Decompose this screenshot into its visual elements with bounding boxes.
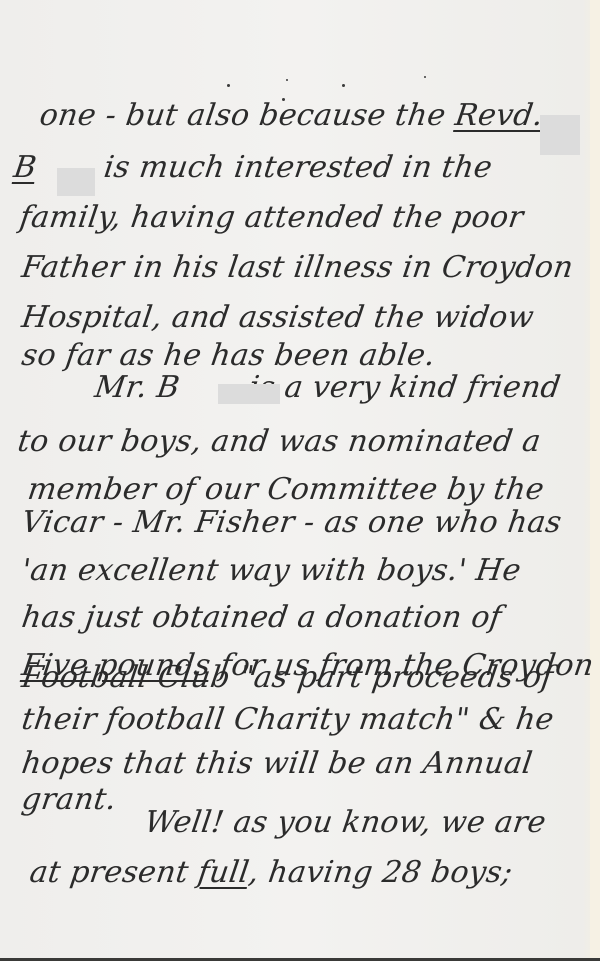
letter-line: 'an excellent way with boys.' He xyxy=(20,553,524,588)
initial: B xyxy=(12,150,39,185)
paper-speck xyxy=(227,84,230,87)
line-text: at present xyxy=(28,855,201,890)
line-text: their football Charity match" & he xyxy=(20,702,557,737)
letter-line: grant. xyxy=(20,782,119,817)
paper-speck xyxy=(342,84,345,87)
letter-line: Vicar - Mr. Fisher - as one who has xyxy=(20,505,564,540)
line-text: one - but also because the xyxy=(38,98,458,133)
letter-line: Football Club "as part proceeds of xyxy=(20,660,556,695)
line-text: Father in his last illness in Croydon xyxy=(20,250,576,285)
letter-page: one - but also because the Revd. B is mu… xyxy=(0,0,600,961)
letter-line: one - but also because the Revd. xyxy=(38,98,546,133)
letter-line: Hospital, and assisted the widow xyxy=(20,300,537,335)
line-text: Vicar - Mr. Fisher - as one who has xyxy=(20,505,564,540)
redaction-box xyxy=(540,115,580,155)
letter-line: at present full, having 28 boys; xyxy=(28,855,515,890)
line-text: so far as he has been able. xyxy=(20,338,438,373)
underlined-word: full xyxy=(196,855,252,890)
redaction-box xyxy=(57,168,95,196)
line-text: 'an excellent way with boys.' He xyxy=(20,553,524,588)
letter-line: to our boys, and was nominated a xyxy=(16,424,544,459)
redaction-box xyxy=(218,384,280,404)
letter-line: their football Charity match" & he xyxy=(20,702,557,737)
letter-line: Father in his last illness in Croydon xyxy=(20,250,576,285)
letter-line: hopes that this will be an Annual xyxy=(20,746,535,781)
letter-line: member of our Committee by the xyxy=(26,472,547,507)
line-text: to our boys, and was nominated a xyxy=(16,424,544,459)
line-text: hopes that this will be an Annual xyxy=(20,746,535,781)
line-text: has just obtained a donation of xyxy=(20,600,504,635)
line-text: grant. xyxy=(20,782,119,817)
line-text: Well! as you know, we are xyxy=(143,805,549,840)
line-text: Mr. B xyxy=(93,370,182,405)
paper-edge xyxy=(590,0,600,961)
line-text: is a very kind friend xyxy=(247,370,563,405)
letter-line: so far as he has been able. xyxy=(20,338,438,373)
paper-speck xyxy=(286,79,288,81)
paper-speck xyxy=(424,76,426,78)
underlined-word: Revd. xyxy=(453,98,545,133)
line-text: Football Club "as part proceeds of xyxy=(20,660,556,695)
letter-line: Mr. Bis a very kind friend xyxy=(93,370,563,405)
line-text: member of our Committee by the xyxy=(26,472,547,507)
line-text: , having 28 boys; xyxy=(247,855,515,890)
letter-line: family, having attended the poor xyxy=(18,200,526,235)
letter-line: Well! as you know, we are xyxy=(143,805,549,840)
line-text: is much interested in the xyxy=(92,150,495,185)
letter-line: has just obtained a donation of xyxy=(20,600,504,635)
line-text: family, having attended the poor xyxy=(18,200,526,235)
line-text: Hospital, and assisted the widow xyxy=(20,300,537,335)
